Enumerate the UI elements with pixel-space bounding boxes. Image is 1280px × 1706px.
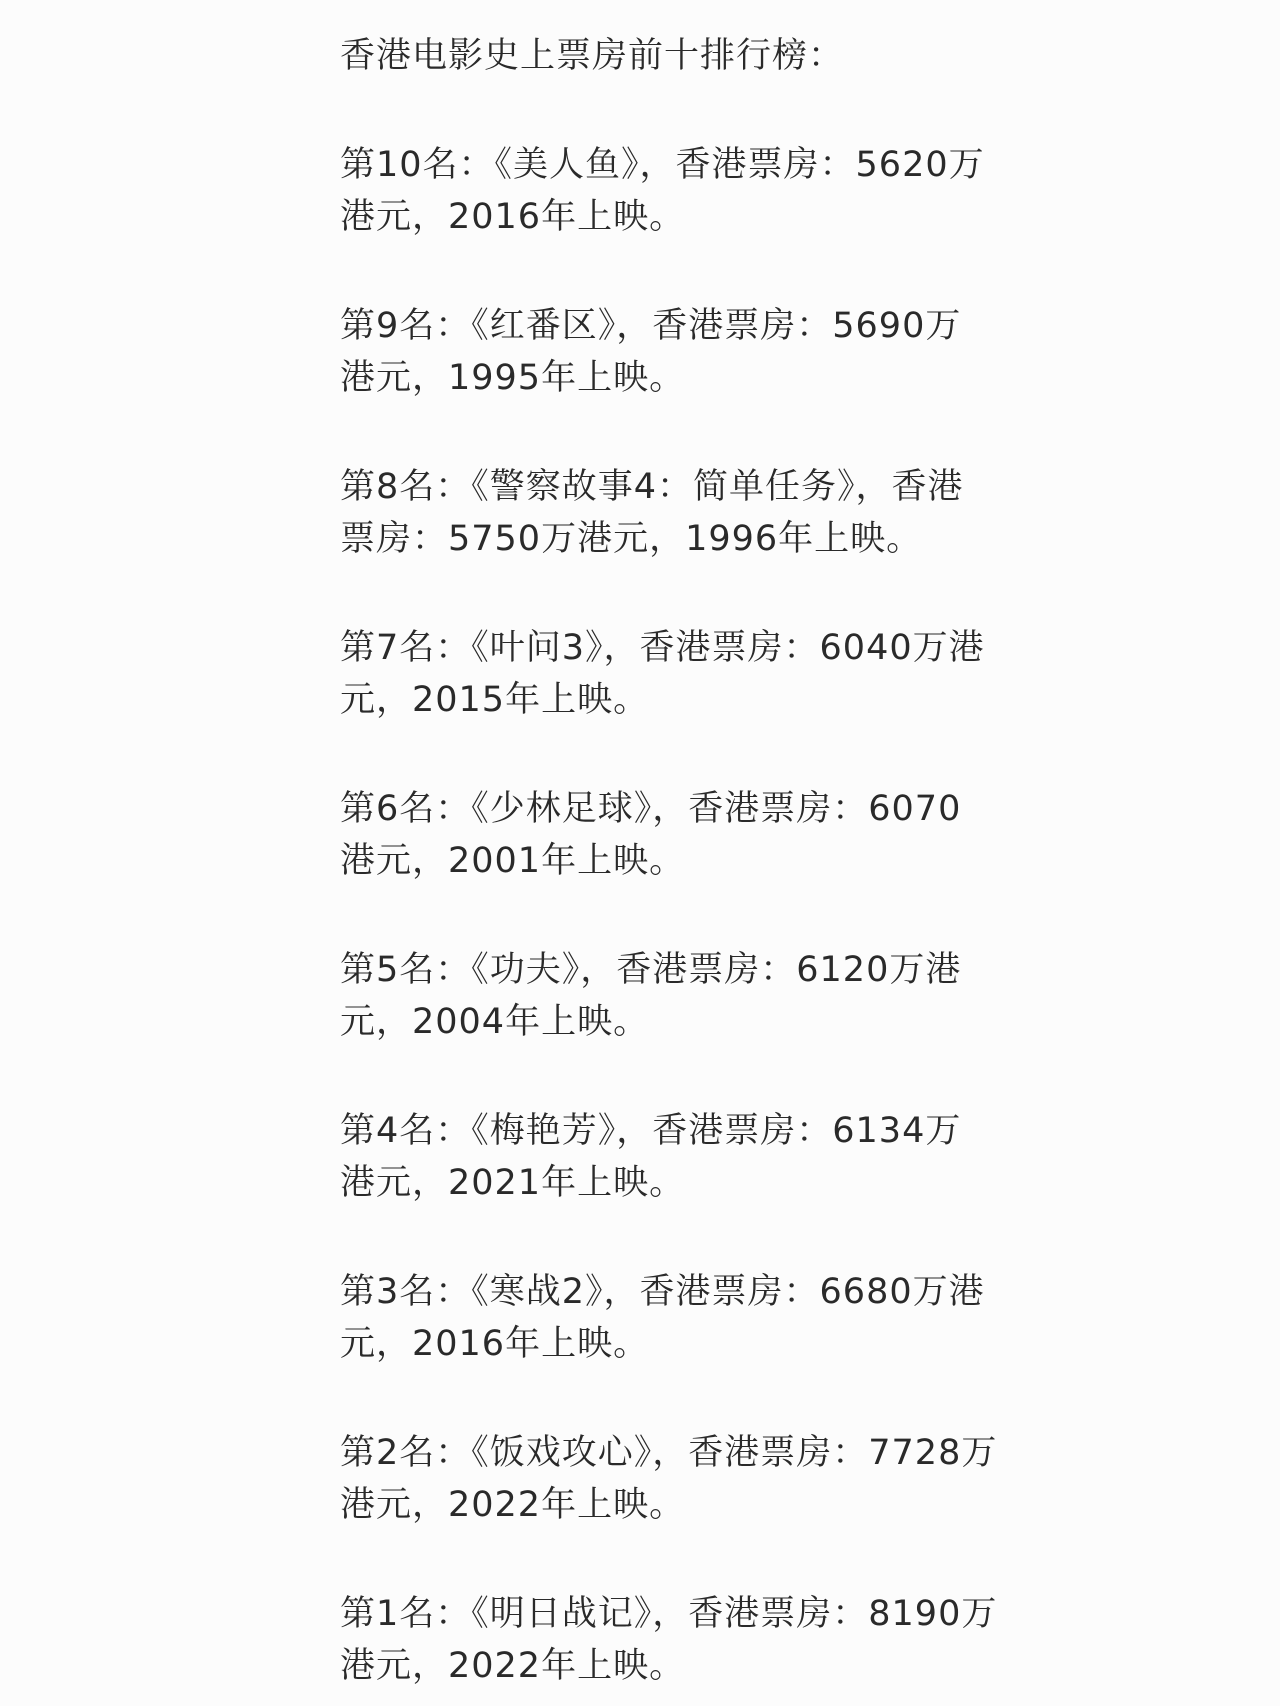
entry-line: 元，2016年上映。 [340,1318,1220,1370]
entry-line: 元，2004年上映。 [340,996,1220,1048]
entry-line: 第1名：《明日战记》，香港票房：8190万 [340,1588,1220,1640]
entry-line: 第3名：《寒战2》，香港票房：6680万港 [340,1266,1220,1318]
page-title: 香港电影史上票房前十排行榜： [340,30,1220,82]
entry-line: 第10名：《美人鱼》，香港票房：5620万 [340,139,1220,191]
entry-line: 港元，2022年上映。 [340,1479,1220,1531]
entry-line: 港元，2021年上映。 [340,1157,1220,1209]
entry-line: 第6名：《少林足球》，香港票房：6070 [340,783,1220,835]
ranking-entry-rank5: 第5名：《功夫》，香港票房：6120万港 元，2004年上映。 [340,944,1220,1048]
entry-line: 第2名：《饭戏攻心》，香港票房：7728万 [340,1427,1220,1479]
ranking-entry-rank10: 第10名：《美人鱼》，香港票房：5620万 港元，2016年上映。 [340,139,1220,243]
ranking-entry-rank4: 第4名：《梅艳芳》，香港票房：6134万 港元，2021年上映。 [340,1105,1220,1209]
ranking-entry-rank1: 第1名：《明日战记》，香港票房：8190万 港元，2022年上映。 [340,1588,1220,1692]
entry-line: 第4名：《梅艳芳》，香港票房：6134万 [340,1105,1220,1157]
ranking-entry-rank7: 第7名：《叶问3》，香港票房：6040万港 元，2015年上映。 [340,622,1220,726]
entry-line: 港元，2022年上映。 [340,1640,1220,1692]
ranking-entry-rank6: 第6名：《少林足球》，香港票房：6070 港元，2001年上映。 [340,783,1220,887]
entry-line: 第8名：《警察故事4：简单任务》，香港 [340,461,1220,513]
ranking-entry-rank3: 第3名：《寒战2》，香港票房：6680万港 元，2016年上映。 [340,1266,1220,1370]
ranking-entry-rank8: 第8名：《警察故事4：简单任务》，香港 票房：5750万港元，1996年上映。 [340,461,1220,565]
entry-line: 港元，2001年上映。 [340,835,1220,887]
entry-line: 第5名：《功夫》，香港票房：6120万港 [340,944,1220,996]
ranking-entry-rank2: 第2名：《饭戏攻心》，香港票房：7728万 港元，2022年上映。 [340,1427,1220,1531]
document-page: 香港电影史上票房前十排行榜： 第10名：《美人鱼》，香港票房：5620万 港元，… [0,0,1280,1692]
entry-line: 第7名：《叶问3》，香港票房：6040万港 [340,622,1220,674]
entry-line: 票房：5750万港元，1996年上映。 [340,513,1220,565]
ranking-entry-rank9: 第9名：《红番区》，香港票房：5690万 港元，1995年上映。 [340,300,1220,404]
entry-line: 港元，2016年上映。 [340,191,1220,243]
entry-line: 元，2015年上映。 [340,674,1220,726]
entry-line: 第9名：《红番区》，香港票房：5690万 [340,300,1220,352]
entry-line: 港元，1995年上映。 [340,352,1220,404]
